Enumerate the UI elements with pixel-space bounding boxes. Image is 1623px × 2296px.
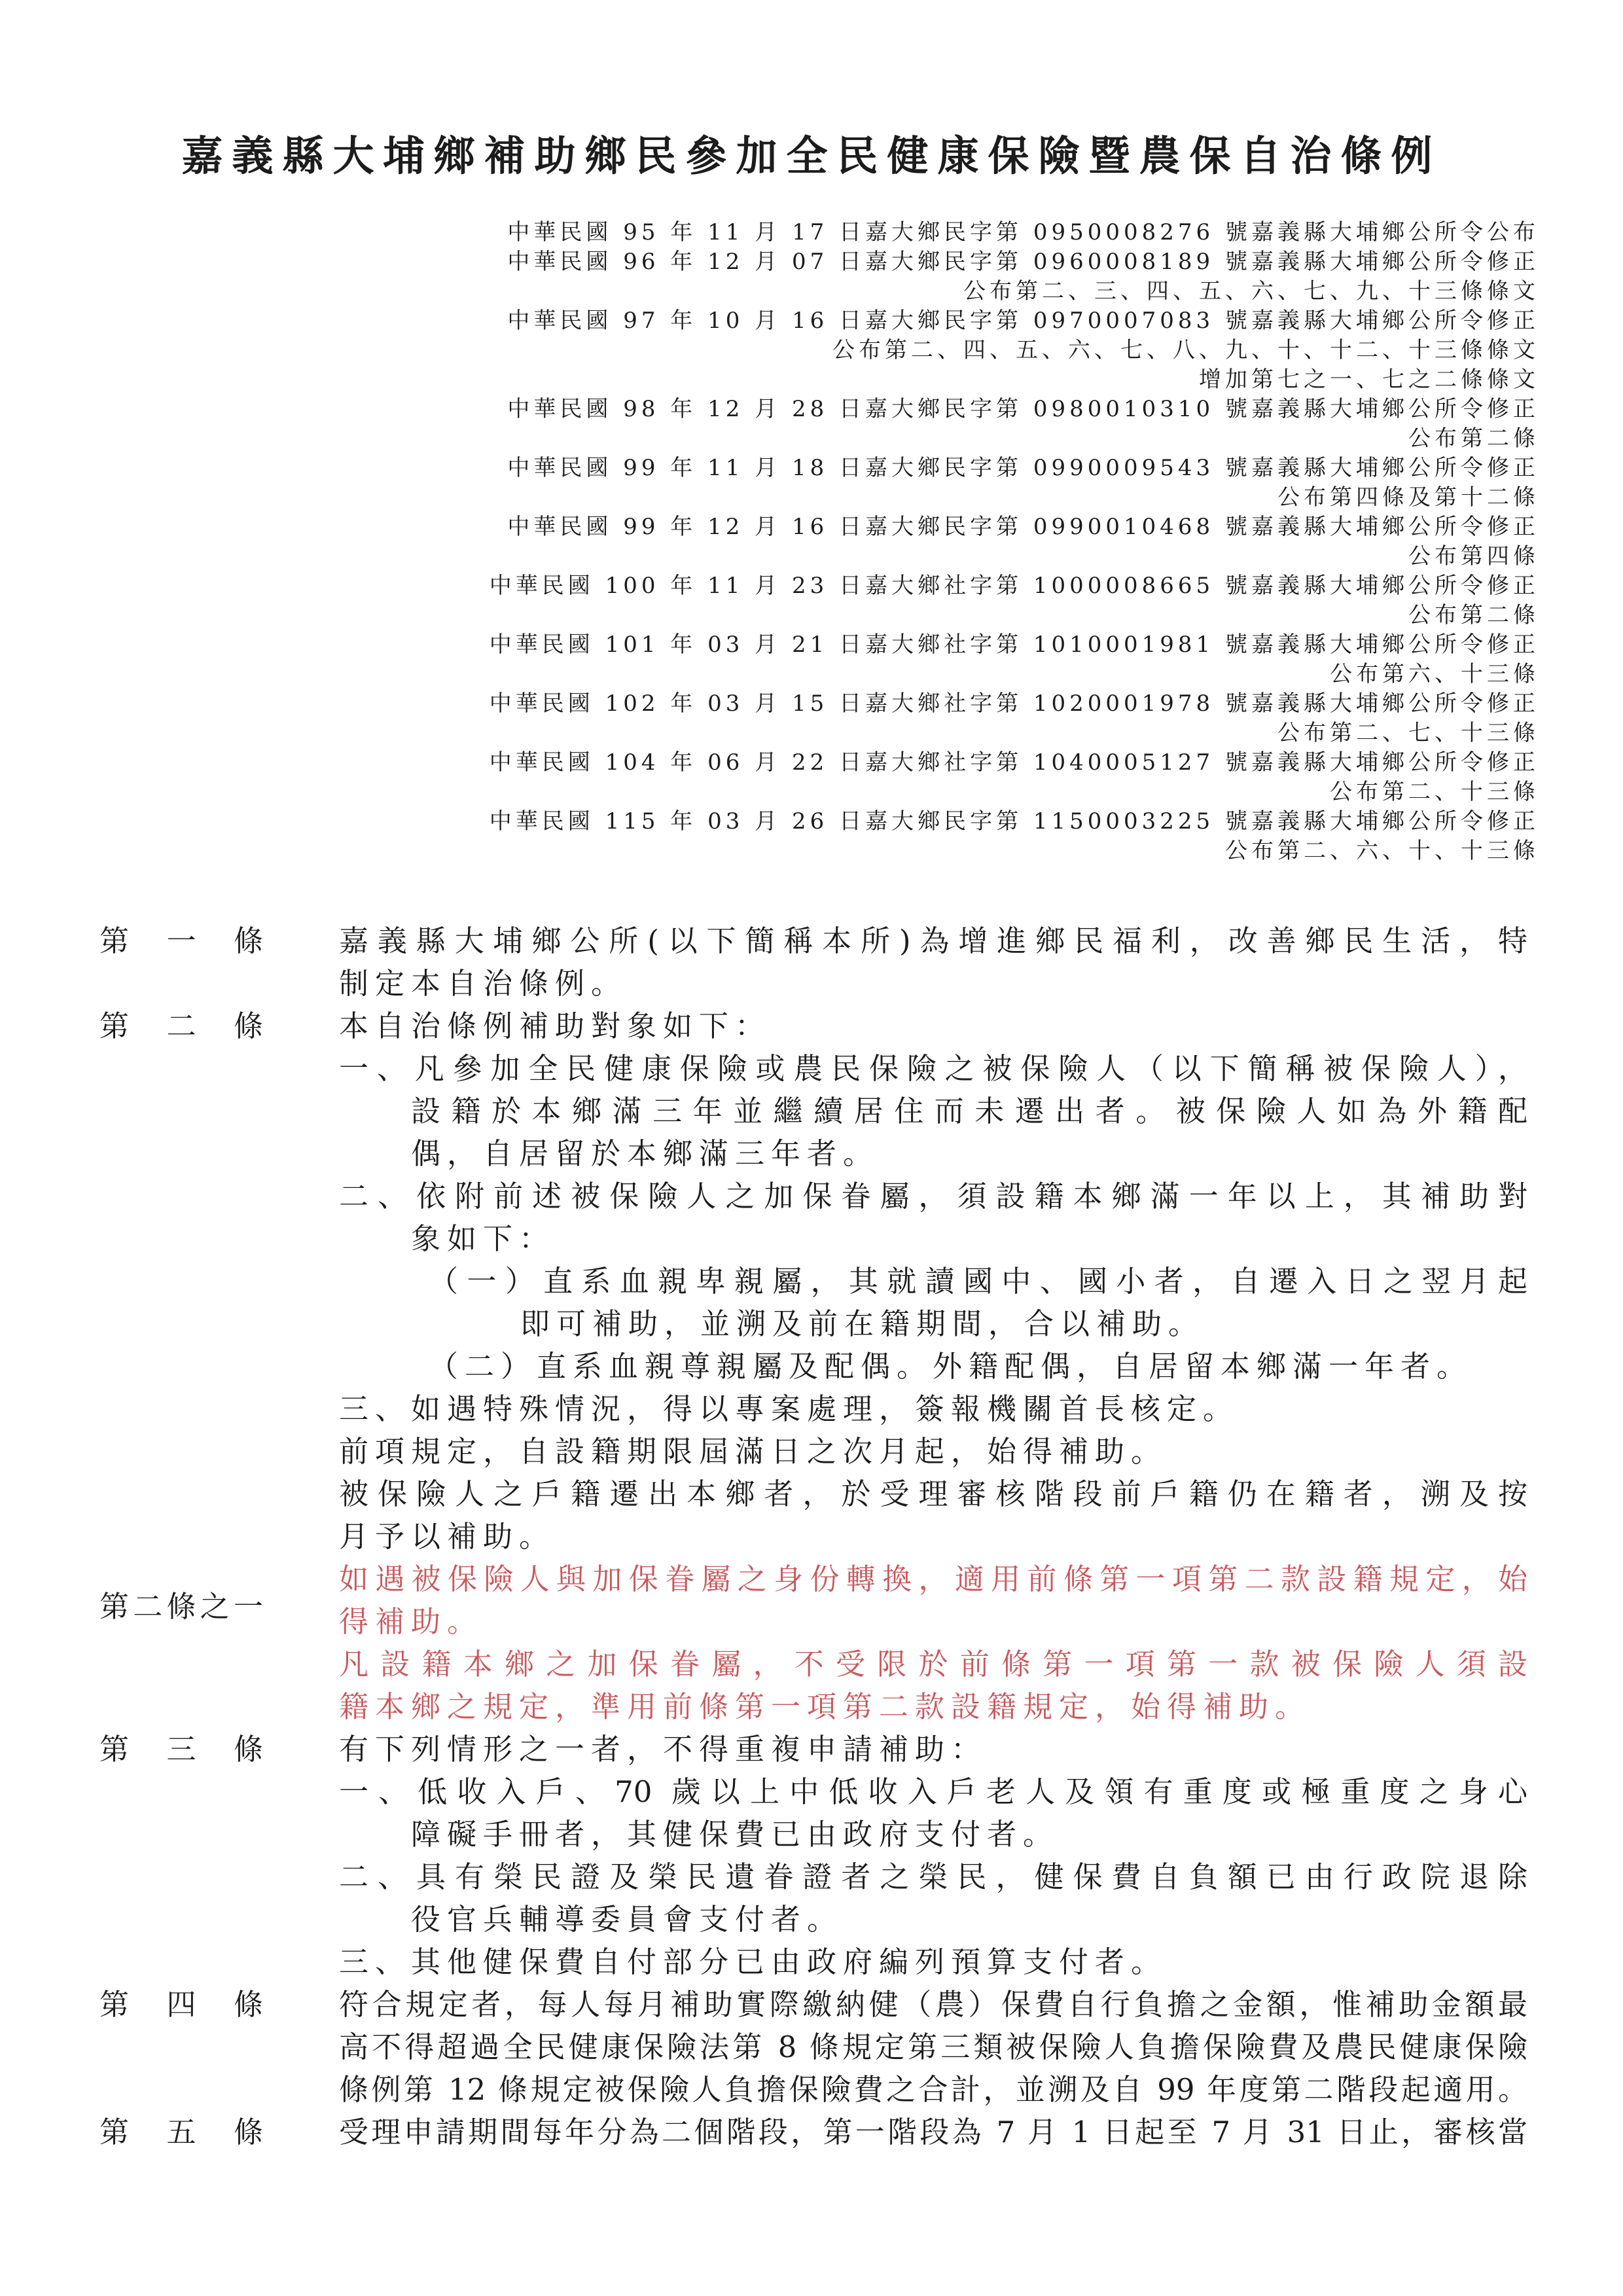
- article-line: 三、其他健保費自付部分已由政府編列預算支付者。: [339, 1941, 1527, 1983]
- history-line: 中華民國 95 年 11 月 17 日嘉大鄉民字第 0950008276 號嘉義…: [0, 218, 1539, 247]
- history-line: 公布第二、十三條: [0, 778, 1539, 807]
- history-line: 中華民國 101 年 03 月 21 日嘉大鄉社字第 1010001981 號嘉…: [0, 630, 1539, 660]
- article-row: 第四條符合規定者，每人每月補助實際繳納健（農）保費自行負擔之金額，惟補助金額最高…: [0, 1983, 1623, 2111]
- article-text: 如遇被保險人與加保眷屬之身份轉換，適用前條第一項第二款設籍規定，始得補助。凡設籍…: [339, 1558, 1527, 1728]
- history-line: 公布第二、三、四、五、六、七、九、十三條條文: [0, 277, 1539, 306]
- article-line: （二）直系血親尊親屬及配偶。外籍配偶，自居留本鄉滿一年者。: [429, 1345, 1527, 1388]
- history-line: 公布第二、七、十三條: [0, 719, 1539, 748]
- history-line: 中華民國 102 年 03 月 15 日嘉大鄉社字第 1020001978 號嘉…: [0, 689, 1539, 719]
- article-line: 有下列情形之一者，不得重複申請補助：: [339, 1728, 1527, 1770]
- article-line: 設籍於本鄉滿三年並繼續居住而未遷出者。被保險人如為外籍配: [411, 1090, 1527, 1132]
- article-row: 第二條本自治條例補助對象如下：一、凡參加全民健康保險或農民保險之被保險人（以下簡…: [0, 1005, 1623, 1558]
- history-line: 公布第二、六、十、十三條: [0, 836, 1539, 866]
- history-line: 中華民國 98 年 12 月 28 日嘉大鄉民字第 0980010310 號嘉義…: [0, 395, 1539, 424]
- amendment-history: 中華民國 95 年 11 月 17 日嘉大鄉民字第 0950008276 號嘉義…: [0, 218, 1623, 866]
- article-text: 嘉義縣大埔鄉公所(以下簡稱本所)為增進鄉民福利，改善鄉民生活，特制定本自治條例。: [339, 920, 1527, 1005]
- article-line: 得補助。: [339, 1600, 1527, 1643]
- article-line: 本自治條例補助對象如下：: [339, 1005, 1527, 1047]
- article-line: 條例第 12 條規定被保險人負擔保險費之合計，並溯及自 99 年度第二階段起適用…: [339, 2068, 1527, 2111]
- article-line: 嘉義縣大埔鄉公所(以下簡稱本所)為增進鄉民福利，改善鄉民生活，特: [339, 920, 1527, 962]
- article-number: 第四條: [99, 1983, 263, 2111]
- history-line: 公布第四條及第十二條: [0, 483, 1539, 512]
- article-line: 籍本鄉之規定，準用前條第一項第二款設籍規定，始得補助。: [339, 1685, 1527, 1728]
- article-row: 第三條有下列情形之一者，不得重複申請補助：一、低收入戶、70 歲以上中低收入戶老…: [0, 1728, 1623, 1983]
- history-line: 公布第二條: [0, 424, 1539, 454]
- article-line: 二、具有榮民證及榮民遺眷證者之榮民，健保費自負額已由行政院退除: [339, 1856, 1527, 1898]
- article-line: 被保險人之戶籍遷出本鄉者，於受理審核階段前戶籍仍在籍者，溯及按: [339, 1473, 1527, 1515]
- history-line: 中華民國 99 年 11 月 18 日嘉大鄉民字第 0990009543 號嘉義…: [0, 454, 1539, 483]
- document-page: 嘉義縣大埔鄉補助鄉民參加全民健康保險暨農保自治條例 中華民國 95 年 11 月…: [0, 0, 1623, 2296]
- article-number: 第五條: [99, 2111, 263, 2153]
- article-line: 障礙手冊者，其健保費已由政府支付者。: [411, 1813, 1527, 1856]
- article-line: 二、依附前述被保險人之加保眷屬，須設籍本鄉滿一年以上，其補助對: [339, 1175, 1527, 1217]
- history-line: 中華民國 115 年 03 月 26 日嘉大鄉民字第 1150003225 號嘉…: [0, 807, 1539, 836]
- article-text: 受理申請期間每年分為二個階段，第一階段為 7 月 1 日起至 7 月 31 日止…: [339, 2111, 1527, 2153]
- history-line: 增加第七之一、七之二條條文: [0, 365, 1539, 395]
- article-line: 役官兵輔導委員會支付者。: [411, 1898, 1527, 1941]
- article-line: 一、凡參加全民健康保險或農民保險之被保險人（以下簡稱被保險人），: [339, 1047, 1527, 1090]
- article-line: 偶，自居留於本鄉滿三年者。: [411, 1132, 1527, 1175]
- article-number: 第二條: [99, 1005, 263, 1558]
- article-line: 前項規定，自設籍期限屆滿日之次月起，始得補助。: [339, 1430, 1527, 1473]
- article-line: 一、低收入戶、70 歲以上中低收入戶老人及領有重度或極重度之身心: [339, 1770, 1527, 1813]
- article-line: （一）直系血親卑親屬，其就讀國中、國小者，自遷入日之翌月起: [429, 1260, 1527, 1302]
- history-line: 中華民國 100 年 11 月 23 日嘉大鄉社字第 1000008665 號嘉…: [0, 571, 1539, 601]
- document-title: 嘉義縣大埔鄉補助鄉民參加全民健康保險暨農保自治條例: [0, 130, 1623, 182]
- article-line: 即可補助，並溯及前在籍期間，合以補助。: [520, 1302, 1527, 1345]
- article-line: 高不得超過全民健康保險法第 8 條規定第三類被保險人負擔保險費及農民健康保險: [339, 2026, 1527, 2068]
- article-row: 第二條之一如遇被保險人與加保眷屬之身份轉換，適用前條第一項第二款設籍規定，始得補…: [0, 1558, 1623, 1728]
- history-line: 公布第四條: [0, 542, 1539, 571]
- article-line: 制定本自治條例。: [339, 962, 1527, 1005]
- history-line: 中華民國 97 年 10 月 16 日嘉大鄉民字第 0970007083 號嘉義…: [0, 306, 1539, 336]
- article-number: 第三條: [99, 1728, 263, 1983]
- article-line: 符合規定者，每人每月補助實際繳納健（農）保費自行負擔之金額，惟補助金額最: [339, 1983, 1527, 2026]
- history-line: 中華民國 96 年 12 月 07 日嘉大鄉民字第 0960008189 號嘉義…: [0, 247, 1539, 277]
- article-row: 第五條受理申請期間每年分為二個階段，第一階段為 7 月 1 日起至 7 月 31…: [0, 2111, 1623, 2153]
- history-line: 中華民國 104 年 06 月 22 日嘉大鄉社字第 1040005127 號嘉…: [0, 748, 1539, 778]
- history-line: 中華民國 99 年 12 月 16 日嘉大鄉民字第 0990010468 號嘉義…: [0, 512, 1539, 542]
- article-number: 第二條之一: [99, 1558, 263, 1728]
- article-line: 如遇被保險人與加保眷屬之身份轉換，適用前條第一項第二款設籍規定，始: [339, 1558, 1527, 1600]
- article-line: 凡設籍本鄉之加保眷屬，不受限於前條第一項第一款被保險人須設: [339, 1643, 1527, 1685]
- articles: 第一條嘉義縣大埔鄉公所(以下簡稱本所)為增進鄉民福利，改善鄉民生活，特制定本自治…: [0, 920, 1623, 2153]
- article-row: 第一條嘉義縣大埔鄉公所(以下簡稱本所)為增進鄉民福利，改善鄉民生活，特制定本自治…: [0, 920, 1623, 1005]
- article-text: 有下列情形之一者，不得重複申請補助：一、低收入戶、70 歲以上中低收入戶老人及領…: [339, 1728, 1527, 1983]
- article-text: 本自治條例補助對象如下：一、凡參加全民健康保險或農民保險之被保險人（以下簡稱被保…: [339, 1005, 1527, 1558]
- article-number: 第一條: [99, 920, 263, 1005]
- history-line: 公布第二、四、五、六、七、八、九、十、十二、十三條條文: [0, 336, 1539, 365]
- history-line: 公布第二條: [0, 601, 1539, 630]
- article-line: 三、如遇特殊情況，得以專案處理，簽報機關首長核定。: [339, 1388, 1527, 1430]
- article-text: 符合規定者，每人每月補助實際繳納健（農）保費自行負擔之金額，惟補助金額最高不得超…: [339, 1983, 1527, 2111]
- article-line: 受理申請期間每年分為二個階段，第一階段為 7 月 1 日起至 7 月 31 日止…: [339, 2111, 1527, 2153]
- article-line: 象如下：: [411, 1217, 1527, 1260]
- article-line: 月予以補助。: [339, 1515, 1527, 1558]
- history-line: 公布第六、十三條: [0, 660, 1539, 689]
